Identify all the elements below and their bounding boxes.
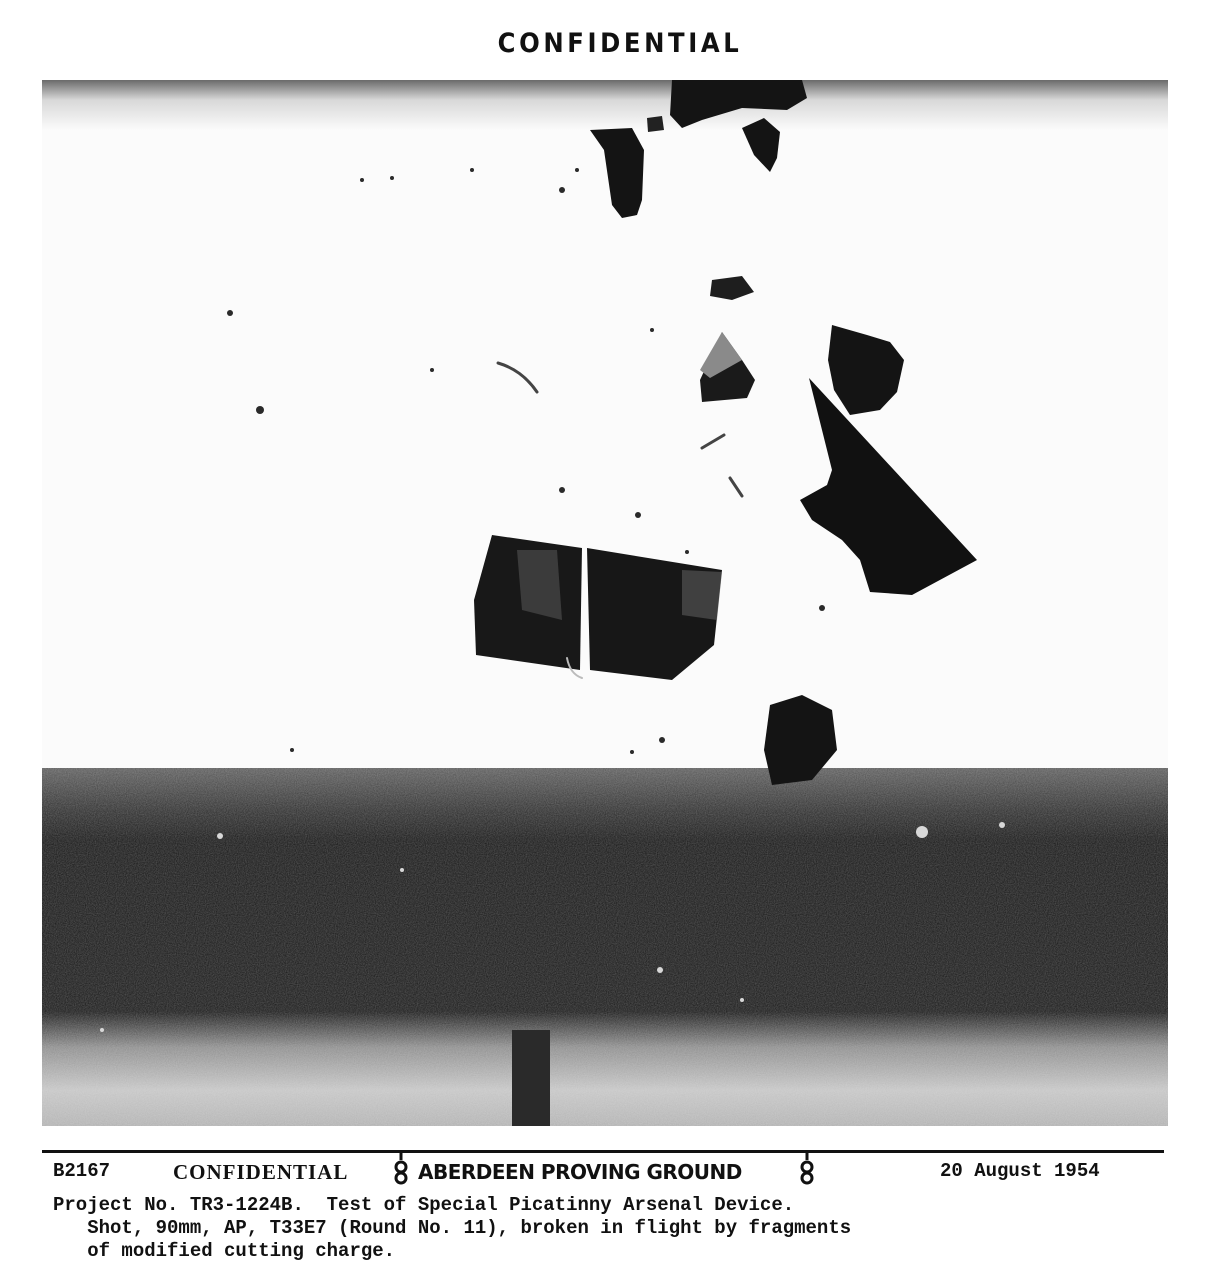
classification-stamp: CONFIDENTIAL [62, 28, 1178, 59]
test-photograph [42, 80, 1168, 1126]
caption-line-3: of modified cutting charge. [53, 1240, 851, 1263]
caption-description: Project No. TR3-1224B. Test of Special P… [53, 1194, 851, 1263]
ornament-right-icon [800, 1150, 814, 1186]
caption-line-1: Project No. TR3-1224B. Test of Special P… [53, 1194, 851, 1217]
caption-header: B2167 CONFIDENTIAL ABERDEEN PROVING GROU… [53, 1160, 1153, 1188]
ornament-left-icon [394, 1150, 408, 1186]
caption-classification: CONFIDENTIAL [173, 1160, 348, 1185]
organization-name: ABERDEEN PROVING GROUND [418, 1160, 742, 1184]
caption-divider [42, 1150, 1164, 1153]
photo-date: 20 August 1954 [940, 1160, 1100, 1182]
photo-number: B2167 [53, 1160, 110, 1182]
photo-scene [42, 80, 1168, 1126]
caption-line-2: Shot, 90mm, AP, T33E7 (Round No. 11), br… [53, 1217, 851, 1240]
